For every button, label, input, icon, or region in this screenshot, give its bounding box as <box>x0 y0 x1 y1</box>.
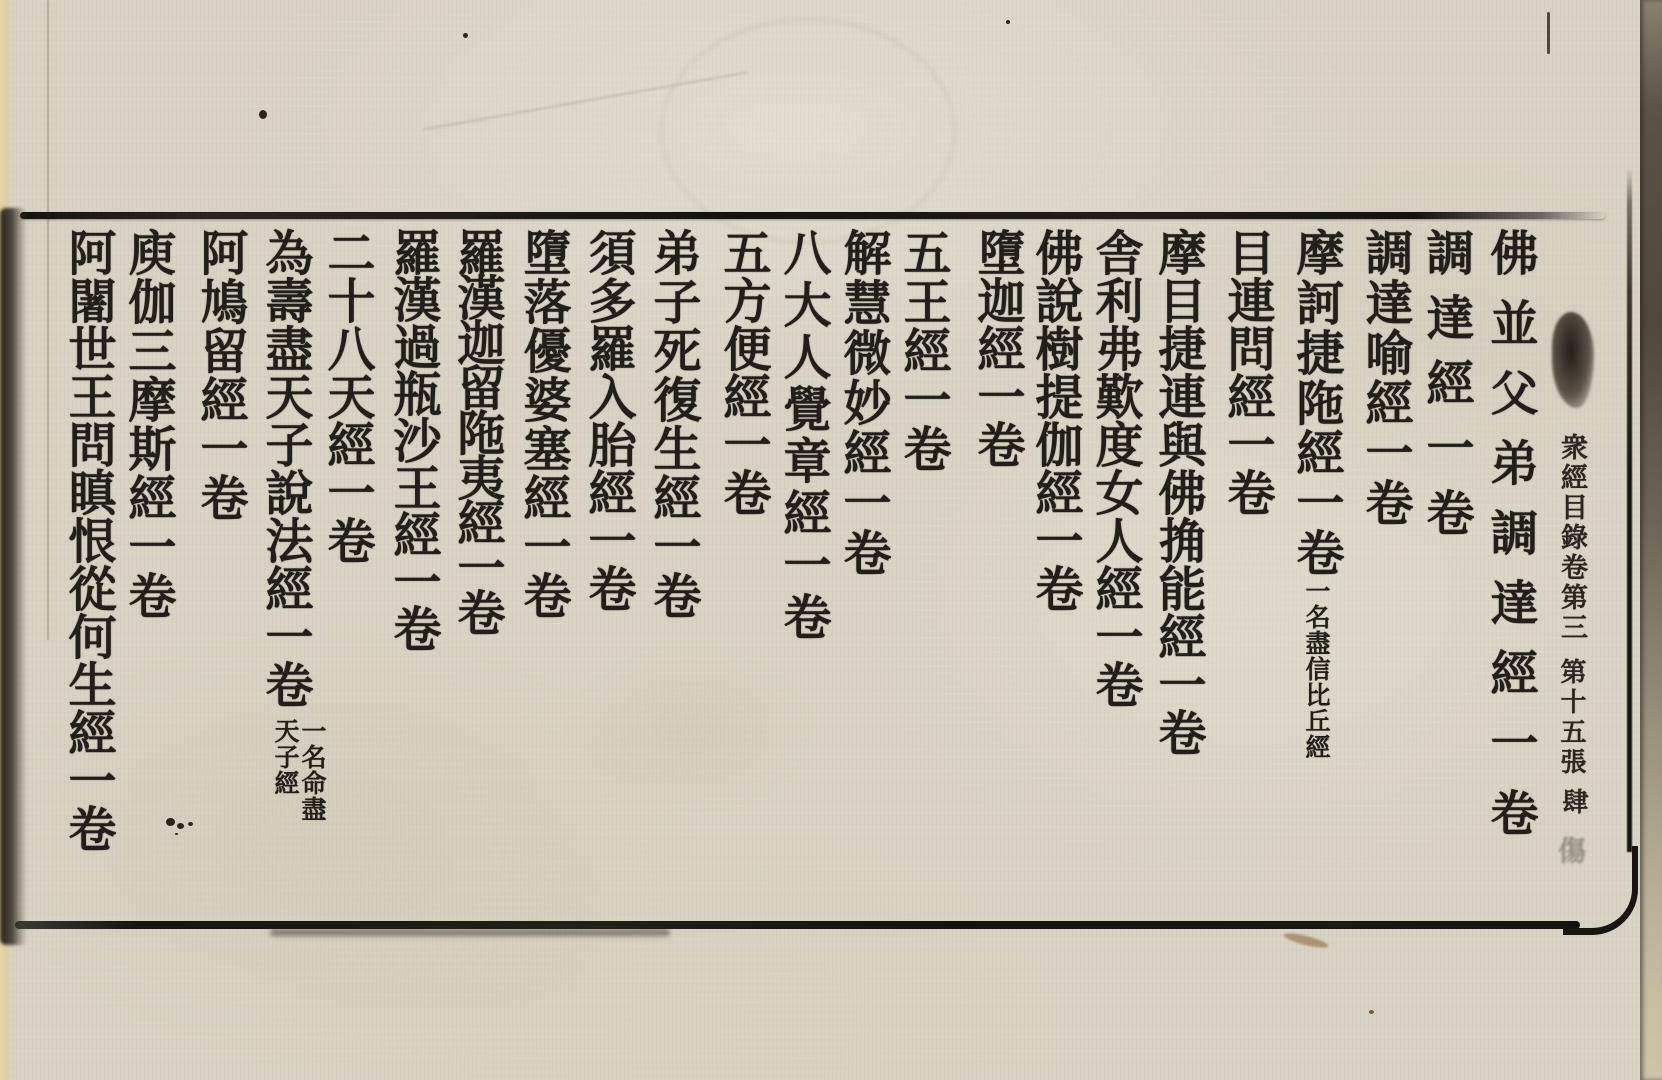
sutra-entry-14: 弟子死復生經一卷 <box>640 228 706 620</box>
sutra-entry-15: 須多羅入胎經一卷 <box>575 228 641 612</box>
sutra-title: 墮落優婆塞經一卷 <box>515 228 571 620</box>
sutra-title: 羅漢過瓶沙王經一卷 <box>385 228 441 651</box>
page-edge-right <box>1640 0 1662 1080</box>
sutra-entry-5: 目連問經一卷 <box>1214 228 1280 516</box>
margin-faint-character: 傷 <box>1550 836 1590 864</box>
sutra-title: 弟子死復生經一卷 <box>645 228 701 620</box>
ink-blot <box>1552 312 1594 408</box>
sutra-entry-7: 舎利弗歎度女人經一卷 <box>1082 228 1148 708</box>
sutra-entry-3: 調達喻經一卷 <box>1352 228 1418 528</box>
sutra-entry-1: 佛並父弟調達經一卷 <box>1477 228 1543 858</box>
sutra-title: 舎利弗歎度女人經一卷 <box>1087 228 1143 708</box>
sutra-entry-23: 阿闍世王問瞋恨從何生經一卷 <box>55 228 121 852</box>
margin-sheet-number: 第十五張 <box>1551 658 1591 778</box>
ink-speck <box>166 818 175 826</box>
sutra-entry-16: 墮落優婆塞經一卷 <box>510 228 576 620</box>
sutra-title: 八大人覺章經一卷 <box>775 228 831 644</box>
sutra-title: 五王經一卷 <box>895 228 951 473</box>
sutra-entry-17: 羅漢迦留陁夷經一卷 <box>444 228 510 633</box>
sutra-entry-12: 八大人覺章經一卷 <box>770 228 836 644</box>
sutra-entry-8: 佛說樹提伽經一卷 <box>1022 228 1088 612</box>
sutra-title: 摩目捷連與佛捔能經一卷 <box>1150 228 1206 756</box>
sutra-title: 二十八天經一卷 <box>319 228 375 564</box>
paper-crease-vertical <box>47 0 49 640</box>
sutra-title: 阿鳩留經一卷 <box>192 228 248 522</box>
ink-speck <box>259 110 267 119</box>
sutra-title: 目連問經一卷 <box>1219 228 1275 516</box>
sutra-title: 五方便經一卷 <box>715 228 771 516</box>
sutra-entry-10: 五王經一卷 <box>890 228 956 473</box>
frame-left-border <box>0 208 27 945</box>
sutra-alt-name-note: 一名盡信比丘經 <box>1302 578 1331 760</box>
sutra-title: 解慧微妙經一卷 <box>835 228 891 578</box>
sutra-title: 須多羅入胎經一卷 <box>580 228 636 612</box>
sutra-title: 阿闍世王問瞋恨從何生經一卷 <box>60 228 116 852</box>
sutra-entry-9: 墮迦經一卷 <box>964 228 1030 468</box>
ink-speck <box>463 33 468 38</box>
ink-speck <box>1369 1010 1374 1014</box>
sutra-title: 調達經一卷 <box>1418 228 1474 553</box>
sutra-entry-21: 阿鳩留經一卷 <box>187 228 253 522</box>
sutra-entry-11: 解慧微妙經一卷 <box>830 228 896 578</box>
ink-speck <box>1547 12 1550 54</box>
sutra-title: 墮迦經一卷 <box>969 228 1025 468</box>
margin-case-character: 肆 <box>1553 788 1593 814</box>
frame-bottom-border <box>15 921 1580 929</box>
sutra-title: 佛說樹提伽經一卷 <box>1027 228 1083 612</box>
sutra-title: 調達喻經一卷 <box>1357 228 1413 528</box>
sutra-entry-22: 庾伽三摩斯經一卷 <box>115 228 181 620</box>
frame-right-border <box>1627 168 1632 852</box>
sutra-alt-name-note: 一名命盡天子經 <box>270 718 326 830</box>
sutra-title: 為壽盡天子說法經一卷 <box>257 228 313 708</box>
frame-top-border <box>20 212 1605 219</box>
sutra-entry-20: 為壽盡天子說法經一卷一名命盡天子經 <box>252 228 326 830</box>
ink-speck <box>1006 20 1010 24</box>
sutra-entry-13: 五方便經一卷 <box>710 228 776 516</box>
paper-watermark-ring <box>660 18 956 244</box>
sutra-title: 摩訶捷陁經一卷 <box>1288 228 1344 578</box>
sutra-entry-6: 摩目捷連與佛捔能經一卷 <box>1145 228 1211 756</box>
paper-stain <box>560 640 820 820</box>
margin-catalog-title: 衆經目錄卷第三 <box>1550 433 1592 643</box>
sutra-title: 庾伽三摩斯經一卷 <box>120 228 176 620</box>
sutra-title: 佛並父弟調達經一卷 <box>1482 228 1538 858</box>
sutra-entry-2: 調達經一卷 <box>1413 228 1479 553</box>
sutra-title: 羅漢迦留陁夷經一卷 <box>449 228 505 633</box>
sutra-entry-4: 摩訶捷陁經一卷一名盡信比丘經 <box>1283 228 1349 760</box>
frame-bottom-smudge <box>270 929 670 936</box>
sutra-entry-18: 羅漢過瓶沙王經一卷 <box>380 228 446 651</box>
